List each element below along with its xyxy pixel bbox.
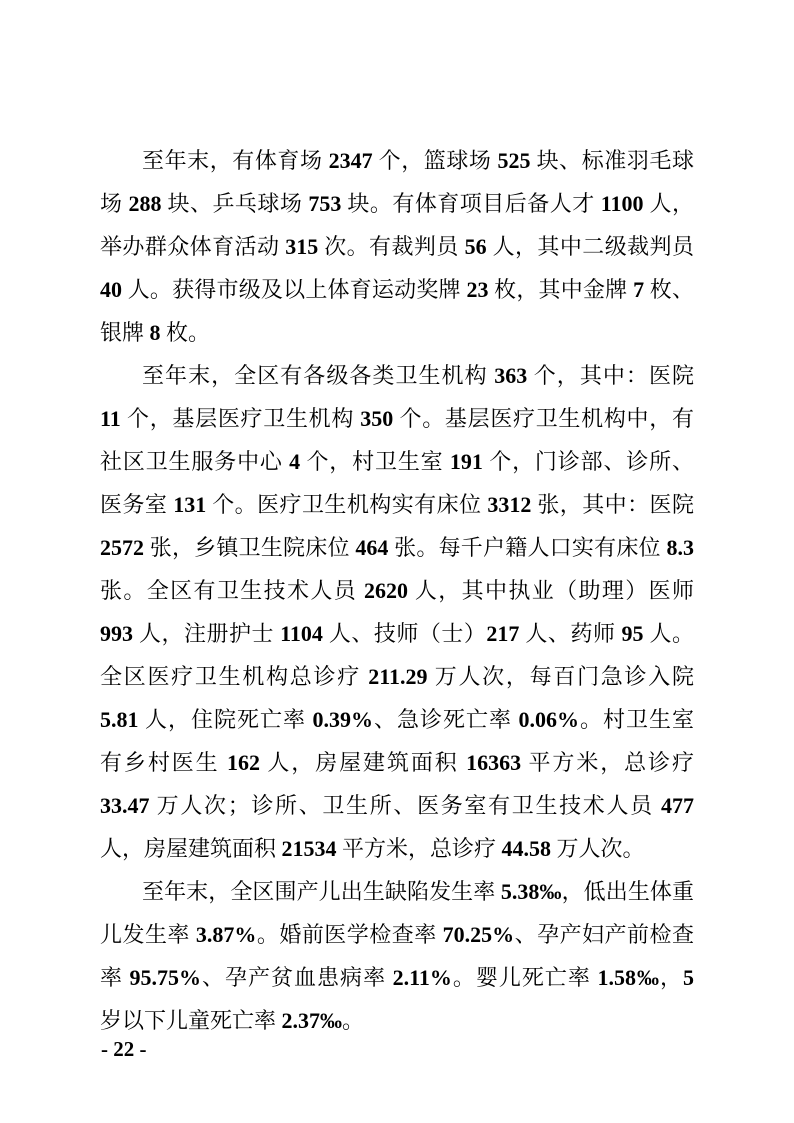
statistic-value: 7 — [633, 277, 644, 302]
statistic-value: 2.37‰ — [282, 1008, 343, 1033]
statistic-value: 2572 — [100, 535, 144, 560]
document-page: 至年末，有体育场 2347 个，篮球场 525 块、标准羽毛球场 288 块、乒… — [0, 0, 794, 1123]
statistic-value: 464 — [355, 535, 388, 560]
body-text: 个，篮球场 — [373, 148, 498, 173]
statistic-value: 1.58‰ — [597, 965, 660, 990]
statistic-value: 131 — [173, 492, 206, 517]
statistic-value: 3312 — [487, 492, 531, 517]
statistic-value: 3.87% — [196, 922, 257, 947]
statistic-value: 4 — [289, 449, 300, 474]
body-text: 万人次；诊所、卫生所、医务室有卫生技术人员 — [150, 793, 662, 818]
body-text: 人，其中二级裁判员 — [487, 234, 694, 259]
statistic-value: 2347 — [329, 148, 373, 173]
body-text: 至年末，全区有各级各类卫生机构 — [142, 363, 494, 388]
body-text: 、急诊死亡率 — [373, 707, 518, 732]
paragraph-sports-statistics: 至年末，有体育场 2347 个，篮球场 525 块、标准羽毛球场 288 块、乒… — [100, 139, 694, 354]
statistic-value: 217 — [486, 621, 519, 646]
body-text: ， — [660, 965, 683, 990]
paragraph-maternal-child-health-statistics: 至年末，全区围产儿出生缺陷发生率 5.38‰，低出生体重儿发生率 3.87%。婚… — [100, 870, 694, 1042]
body-text: 张，其中：医院 — [531, 492, 694, 517]
body-text: 张。全区有卫生技术人员 — [100, 578, 364, 603]
statistic-value: 993 — [100, 621, 133, 646]
statistic-value: 23 — [466, 277, 488, 302]
statistic-value: 2.11% — [393, 965, 452, 990]
body-text: 块。有体育项目后备人才 — [341, 191, 600, 216]
statistic-value: 211.29 — [368, 664, 427, 689]
body-text: 个，村卫生室 — [300, 449, 450, 474]
statistic-value: 8.3 — [667, 535, 695, 560]
statistic-value: 56 — [465, 234, 487, 259]
statistic-value: 753 — [308, 191, 341, 216]
body-text: 万人次。 — [551, 836, 645, 861]
document-body: 至年末，有体育场 2347 个，篮球场 525 块、标准羽毛球场 288 块、乒… — [100, 139, 694, 1042]
statistic-value: 0.39% — [312, 707, 373, 732]
statistic-value: 16363 — [466, 750, 521, 775]
statistic-value: 1100 — [601, 191, 644, 216]
body-text: 平方米，总诊疗 — [521, 750, 694, 775]
body-text: 平方米，总诊疗 — [337, 836, 502, 861]
body-text: 至年末，有体育场 — [142, 148, 329, 173]
body-text: 万人次，每百门急诊入院 — [428, 664, 694, 689]
statistic-value: 44.58 — [502, 836, 552, 861]
body-text: 人，房屋建筑面积 — [260, 750, 466, 775]
body-text: 人、技师（士） — [323, 621, 487, 646]
body-text: 张。每千户籍人口实有床位 — [388, 535, 666, 560]
statistic-value: 40 — [100, 277, 122, 302]
body-text: 人，注册护士 — [133, 621, 280, 646]
statistic-value: 350 — [360, 406, 393, 431]
statistic-value: 5.81 — [100, 707, 139, 732]
page-number: - 22 - — [101, 1037, 147, 1061]
statistic-value: 315 — [285, 234, 318, 259]
statistic-value: 1104 — [280, 621, 323, 646]
body-text: 次。有裁判员 — [318, 234, 464, 259]
statistic-value: 11 — [100, 406, 121, 431]
body-text: 人、药师 — [519, 621, 621, 646]
body-text: 。 — [342, 1008, 364, 1033]
body-text: 枚。 — [161, 320, 211, 345]
statistic-value: 8 — [150, 320, 161, 345]
statistic-value: 477 — [661, 793, 694, 818]
body-text: 个，基层医疗卫生机构 — [121, 406, 360, 431]
body-text: 个，其中：医院 — [527, 363, 694, 388]
statistic-value: 288 — [128, 191, 161, 216]
body-text: 人，其中执业（助理）医师 — [408, 578, 694, 603]
paragraph-health-institutions-statistics: 至年末，全区有各级各类卫生机构 363 个，其中：医院 11 个，基层医疗卫生机… — [100, 354, 694, 870]
body-text: 人。获得市级及以上体育运动奖牌 — [122, 277, 466, 302]
body-text: 人，房屋建筑面积 — [100, 836, 282, 861]
body-text: 块、乒乓球场 — [161, 191, 308, 216]
statistic-value: 21534 — [282, 836, 337, 861]
statistic-value: 33.47 — [100, 793, 150, 818]
body-text: 枚，其中金牌 — [488, 277, 633, 302]
statistic-value: 0.06% — [518, 707, 579, 732]
body-text: 至年末，全区围产儿出生缺陷发生率 — [142, 879, 501, 904]
statistic-value: 5.38‰ — [501, 879, 562, 904]
body-text: 张，乡镇卫生院床位 — [144, 535, 355, 560]
statistic-value: 95.75% — [130, 965, 202, 990]
statistic-value: 162 — [227, 750, 260, 775]
statistic-value: 525 — [498, 148, 531, 173]
body-text: 。婚前医学检查率 — [256, 922, 442, 947]
body-text: 人，住院死亡率 — [139, 707, 313, 732]
body-text: 。婴儿死亡率 — [452, 965, 598, 990]
statistic-value: 5 — [683, 965, 694, 990]
statistic-value: 363 — [494, 363, 527, 388]
body-text: 、孕产贫血患病率 — [201, 965, 393, 990]
body-text: 个。医疗卫生机构实有床位 — [206, 492, 487, 517]
statistic-value: 2620 — [364, 578, 408, 603]
statistic-value: 95 — [621, 621, 643, 646]
body-text: 岁以下儿童死亡率 — [100, 1008, 282, 1033]
statistic-value: 191 — [450, 449, 483, 474]
statistic-value: 70.25% — [443, 922, 515, 947]
